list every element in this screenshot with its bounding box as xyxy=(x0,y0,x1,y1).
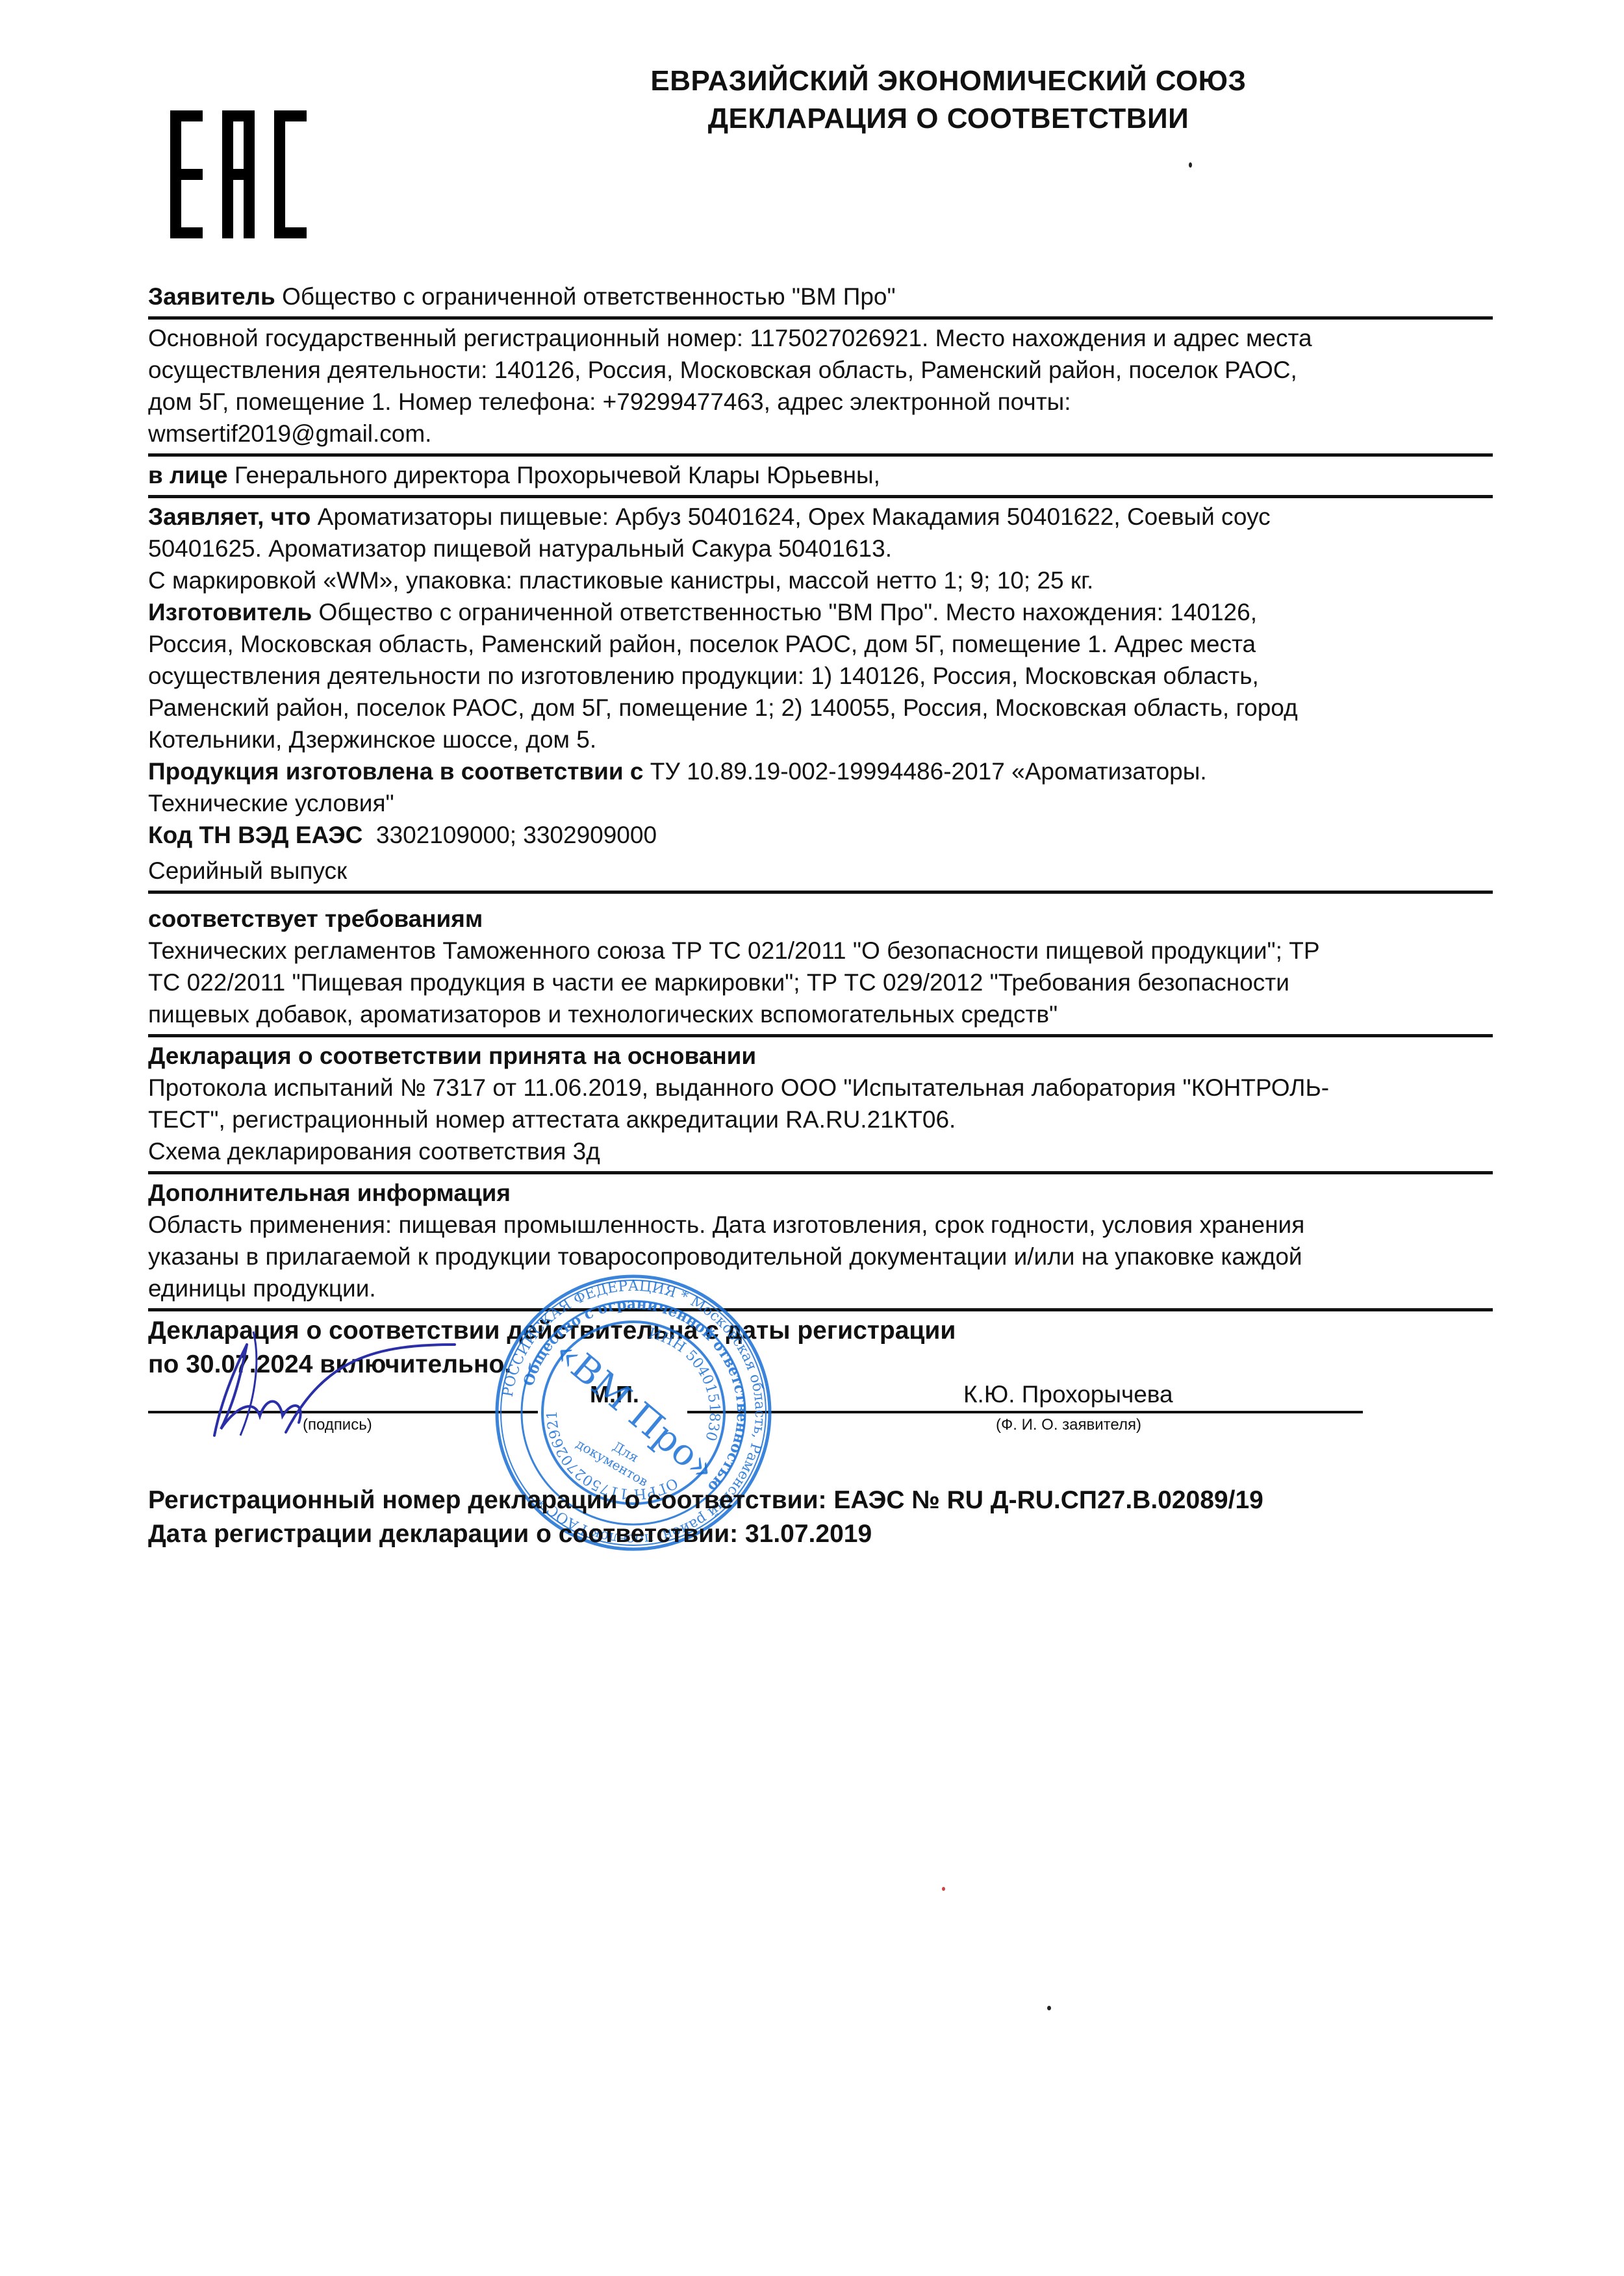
applicant-email: wmsertif2019@gmail.com. xyxy=(148,418,1493,449)
declares-packaging: С маркировкой «WM», упаковка: пластиковы… xyxy=(148,564,1493,596)
manufacturer-address: Раменский район, поселок РАОС, дом 5Г, п… xyxy=(148,692,1493,724)
eac-logo xyxy=(170,110,308,238)
applicant-details-line: осуществления деятельности: 140126, Росс… xyxy=(148,354,1493,386)
manufacturer-address: Россия, Московская область, Раменский ра… xyxy=(148,628,1493,660)
scan-speck xyxy=(1189,162,1192,168)
requirements-label: соответствует требованиям xyxy=(148,903,1493,935)
declares-label: Заявляет, что xyxy=(148,503,311,530)
name-line xyxy=(687,1411,1363,1413)
applicant-details: Основной государственный регистрационный… xyxy=(148,320,1493,457)
requirements-line: пищевых добавок, ароматизаторов и технол… xyxy=(148,998,1493,1030)
additional-info-section: Дополнительная информация Область примен… xyxy=(148,1174,1493,1311)
basis-section: Декларация о соответствии принята на осн… xyxy=(148,1037,1493,1174)
registration-number: Регистрационный номер декларации о соотв… xyxy=(148,1484,1263,1517)
basis-line: Протокола испытаний № 7317 от 11.06.2019… xyxy=(148,1072,1493,1104)
scan-speck xyxy=(942,1887,945,1891)
release-type: Серийный выпуск xyxy=(148,855,1493,887)
representative-section: в лице Генерального директора Прохорычев… xyxy=(148,457,1493,498)
representative-value: Генерального директора Прохорычевой Клар… xyxy=(228,462,880,488)
release-type-section: Серийный выпуск xyxy=(148,855,1493,894)
declares-products-cont: 50401625. Ароматизатор пищевой натуральн… xyxy=(148,533,1493,564)
title-declaration: ДЕКЛАРАЦИЯ О СООТВЕТСТВИИ xyxy=(520,100,1377,138)
declares-products: Ароматизаторы пищевые: Арбуз 50401624, О… xyxy=(311,503,1270,530)
handwritten-signature xyxy=(195,1319,468,1442)
manufacturer-address: осуществления деятельности по изготовлен… xyxy=(148,660,1493,692)
name-caption: (Ф. И. О. заявителя) xyxy=(996,1416,1141,1434)
additional-info-line: указаны в прилагаемой к продукции товаро… xyxy=(148,1241,1493,1272)
additional-info-label: Дополнительная информация xyxy=(148,1177,1493,1209)
requirements-line: ТС 022/2011 "Пищевая продукция в части е… xyxy=(148,967,1493,998)
scan-speck xyxy=(1047,2006,1051,2010)
representative-label: в лице xyxy=(148,462,228,488)
additional-info-line: Область применения: пищевая промышленнос… xyxy=(148,1209,1493,1241)
declaration-body: Заявитель Общество с ограниченной ответс… xyxy=(148,278,1493,1385)
basis-label: Декларация о соответствии принята на осн… xyxy=(148,1040,1493,1072)
tn-ved-label: Код ТН ВЭД ЕАЭС xyxy=(148,822,362,848)
requirements-line: Технических регламентов Таможенного союз… xyxy=(148,935,1493,967)
standard-value: ТУ 10.89.19-002-19994486-2017 «Ароматиза… xyxy=(644,758,1207,785)
standard-label: Продукция изготовлена в соответствии с xyxy=(148,758,644,785)
applicant-name: Общество с ограниченной ответственностью… xyxy=(275,283,896,310)
document-title: ЕВРАЗИЙСКИЙ ЭКОНОМИЧЕСКИЙ СОЮЗ ДЕКЛАРАЦИ… xyxy=(520,62,1377,138)
signer-name: К.Ю. Прохорычева xyxy=(963,1381,1173,1408)
tn-ved-value: 3302109000; 3302909000 xyxy=(362,822,657,848)
applicant-details-line: Основной государственный регистрационный… xyxy=(148,322,1493,354)
declares-section: Заявляет, что Ароматизаторы пищевые: Арб… xyxy=(148,498,1493,855)
registration-block: Регистрационный номер декларации о соотв… xyxy=(148,1484,1263,1551)
applicant-section: Заявитель Общество с ограниченной ответс… xyxy=(148,278,1493,320)
manufacturer-label: Изготовитель xyxy=(148,599,312,626)
standard-value-cont: Технические условия" xyxy=(148,787,1493,819)
additional-info-line: единицы продукции. xyxy=(148,1272,1493,1304)
manufacturer-name: Общество с ограниченной ответственностью… xyxy=(312,599,1257,626)
applicant-label: Заявитель xyxy=(148,283,275,310)
applicant-details-line: дом 5Г, помещение 1. Номер телефона: +79… xyxy=(148,386,1493,418)
manufacturer-address: Котельники, Дзержинское шоссе, дом 5. xyxy=(148,724,1493,755)
requirements-section: соответствует требованиям Технических ре… xyxy=(148,894,1493,1037)
title-union: ЕВРАЗИЙСКИЙ ЭКОНОМИЧЕСКИЙ СОЮЗ xyxy=(520,62,1377,100)
basis-scheme: Схема декларирования соответствия 3д xyxy=(148,1135,1493,1167)
basis-line: ТЕСТ", регистрационный номер аттестата а… xyxy=(148,1104,1493,1135)
registration-date: Дата регистрации декларации о соответств… xyxy=(148,1517,1263,1551)
